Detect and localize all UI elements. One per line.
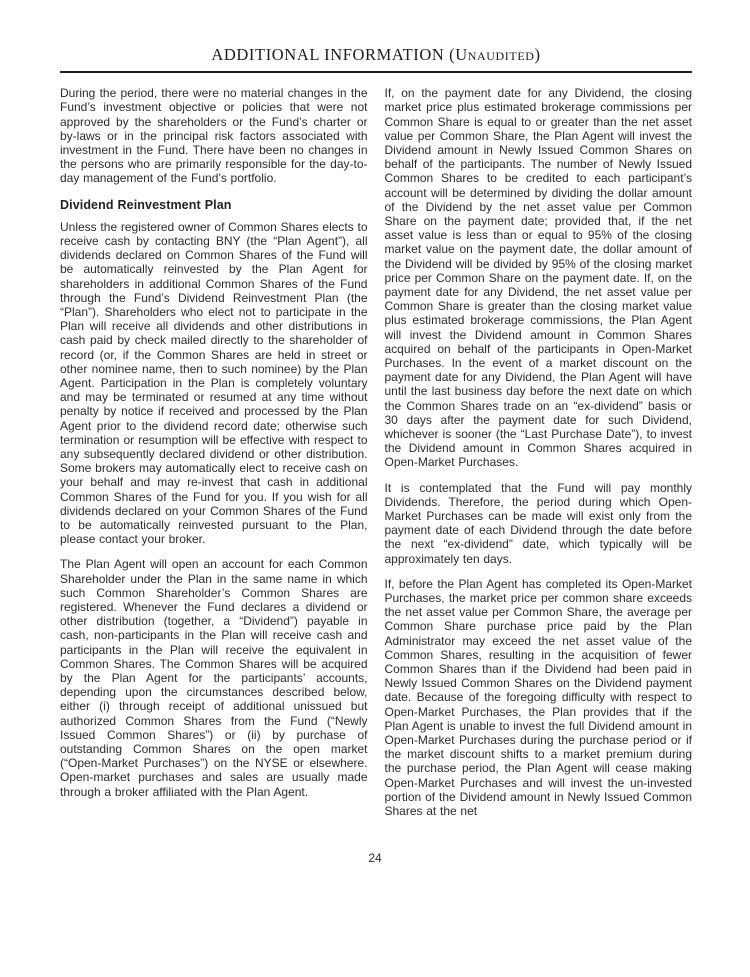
page-number: 24 — [368, 851, 381, 865]
section-heading-dividend-reinvestment-plan: Dividend Reinvestment Plan — [60, 198, 368, 212]
document-header: ADDITIONAL INFORMATION (Unaudited) — [60, 46, 692, 73]
left-column: During the period, there were no materia… — [60, 86, 368, 829]
paragraph-material-changes: During the period, there were no materia… — [60, 86, 368, 185]
document-page: ADDITIONAL INFORMATION (Unaudited) Durin… — [0, 0, 750, 977]
paragraph-plan-agent-account: The Plan Agent will open an account for … — [60, 557, 368, 798]
paragraph-open-market-purchases: If, before the Plan Agent has completed … — [385, 577, 693, 818]
header-rule — [60, 71, 692, 73]
paragraph-plan-participation: Unless the registered owner of Common Sh… — [60, 220, 368, 547]
paragraph-payment-date-rules: If, on the payment date for any Dividend… — [385, 86, 693, 469]
paragraph-monthly-dividends: It is contemplated that the Fund will pa… — [385, 481, 693, 566]
right-column: If, on the payment date for any Dividend… — [385, 86, 693, 829]
page-title: ADDITIONAL INFORMATION (Unaudited) — [60, 46, 692, 64]
page-footer: 24 — [0, 851, 750, 865]
two-column-body: During the period, there were no materia… — [60, 86, 692, 829]
